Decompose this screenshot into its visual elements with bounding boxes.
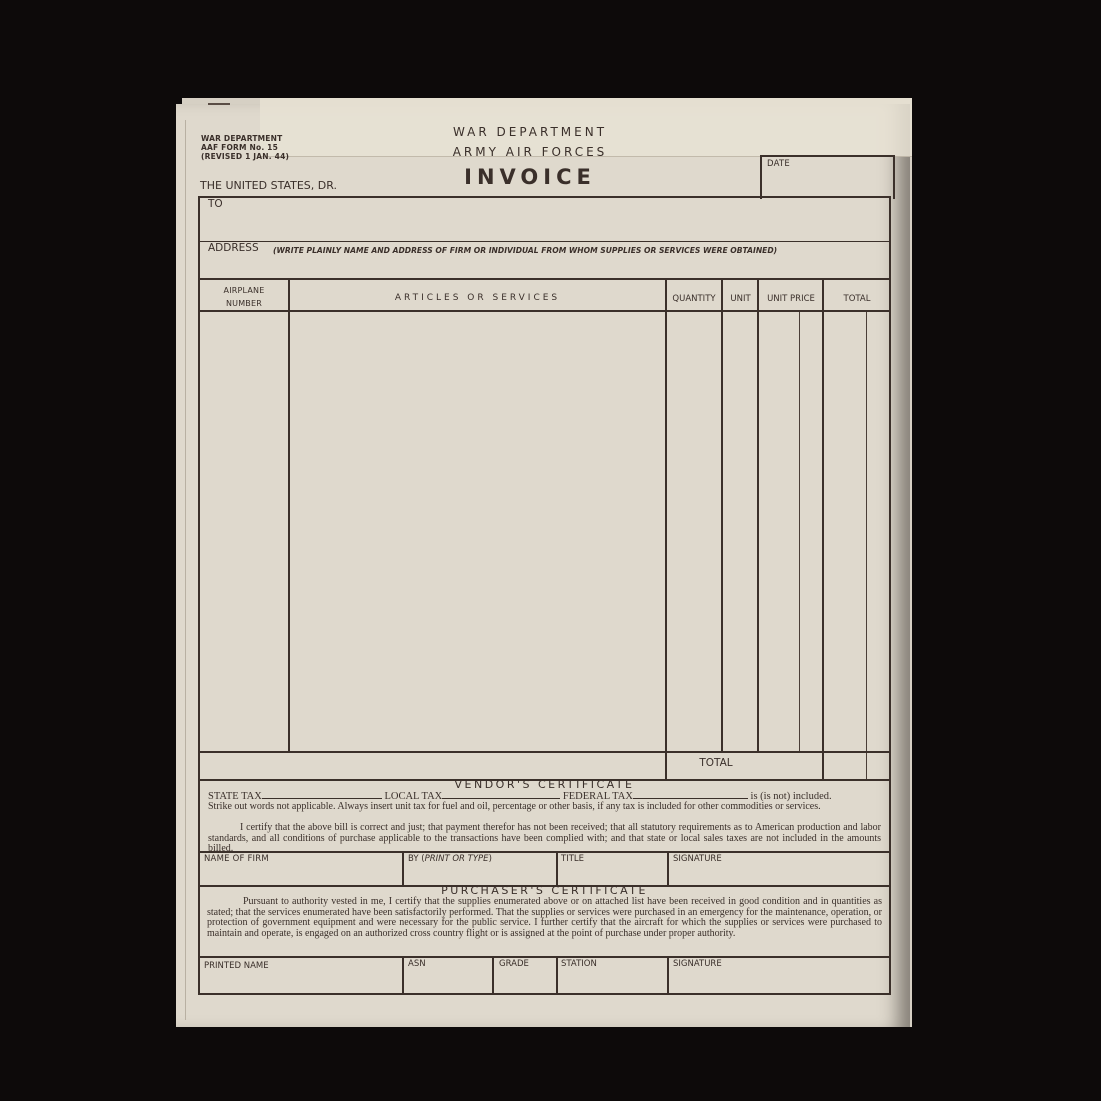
total-label: TOTAL: [680, 757, 752, 769]
to-label: TO: [208, 198, 223, 210]
date-field[interactable]: DATE: [760, 155, 895, 199]
vendor-signature-label: SIGNATURE: [673, 854, 722, 864]
station-label: STATION: [561, 959, 597, 969]
vendor-certification-text: I certify that the above bill is correct…: [208, 823, 881, 855]
form-id-number: AAF FORM No. 15: [201, 143, 289, 152]
address-field[interactable]: ADDRESS (WRITE PLAINLY NAME AND ADDRESS …: [200, 242, 889, 278]
local-tax-field[interactable]: [442, 790, 560, 799]
title-label: TITLE: [561, 854, 584, 864]
header-department: WAR DEPARTMENT: [380, 125, 680, 139]
items-table-body[interactable]: [200, 312, 889, 751]
sheet-edge: [185, 120, 186, 1020]
title-field[interactable]: TITLE: [558, 853, 667, 885]
address-hint: (WRITE PLAINLY NAME AND ADDRESS OF FIRM …: [273, 246, 777, 255]
to-field[interactable]: TO: [200, 198, 889, 241]
col-header-quantity: QUANTITY: [666, 294, 722, 304]
asn-label: ASN: [408, 959, 426, 969]
payer-label: THE UNITED STATES, DR.: [200, 179, 337, 192]
header-branch: ARMY AIR FORCES: [380, 145, 680, 159]
form-right-border: [889, 196, 891, 993]
grand-total-field[interactable]: [824, 753, 889, 778]
name-of-firm-field[interactable]: NAME OF FIRM: [200, 853, 402, 885]
form-id-revision: (REVISED 1 JAN. 44): [201, 152, 289, 161]
col-header-unit-price: UNIT PRICE: [759, 294, 823, 304]
asn-field[interactable]: ASN: [404, 958, 492, 993]
name-of-firm-label: NAME OF FIRM: [204, 854, 269, 864]
grade-label: GRADE: [499, 959, 529, 969]
form-id-block: WAR DEPARTMENT AAF FORM No. 15 (REVISED …: [201, 134, 289, 161]
address-label: ADDRESS: [208, 242, 259, 254]
tax-instruction: Strike out words not applicable. Always …: [208, 802, 881, 813]
purchaser-signature-label: SIGNATURE: [673, 959, 722, 969]
col-header-unit: UNIT: [723, 294, 758, 304]
printed-name-label: PRINTED NAME: [204, 961, 269, 971]
address-divider: [198, 278, 891, 280]
form-id-department: WAR DEPARTMENT: [201, 134, 289, 143]
form-bottom-border: [198, 993, 891, 995]
station-field[interactable]: STATION: [558, 958, 667, 993]
purchaser-certification-text: Pursuant to authority vested in me, I ce…: [207, 897, 882, 939]
col-header-total: TOTAL: [824, 294, 890, 304]
federal-tax-field[interactable]: [633, 790, 748, 799]
by-field[interactable]: BY (PRINT OR TYPE): [404, 853, 556, 885]
total-rule: [198, 751, 891, 753]
corner-mark: [208, 103, 230, 105]
purchaser-signature-field[interactable]: SIGNATURE: [669, 958, 889, 993]
by-label: BY (PRINT OR TYPE): [408, 854, 492, 864]
grade-field[interactable]: GRADE: [494, 958, 556, 993]
printed-name-field[interactable]: PRINTED NAME: [200, 958, 402, 993]
col-header-articles: ARTICLES OR SERVICES: [290, 293, 665, 303]
state-tax-field[interactable]: [262, 790, 382, 799]
date-label: DATE: [767, 159, 790, 169]
vendor-signature-field[interactable]: SIGNATURE: [669, 853, 889, 885]
col-header-airplane-number: AIRPLANE NUMBER: [200, 284, 288, 310]
page-title: INVOICE: [380, 165, 680, 189]
